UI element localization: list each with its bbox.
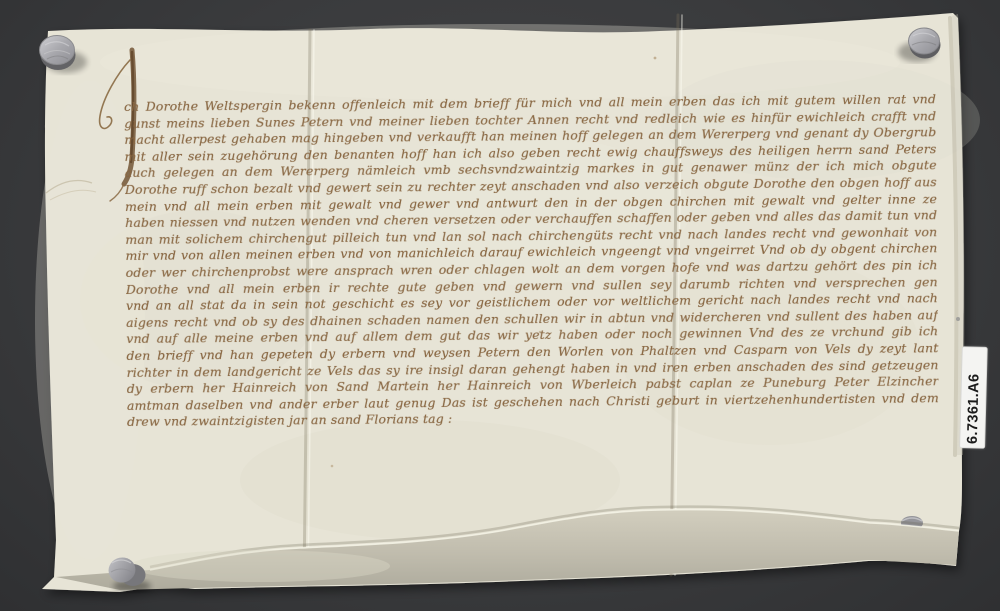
background-speck	[956, 317, 960, 321]
archive-label: 6.7361.A6	[960, 347, 988, 449]
manuscript-text: ch Dorothe Weltspergin bekenn offenleich…	[124, 91, 939, 431]
archive-label-text: 6.7361.A6	[965, 373, 983, 444]
photo-of-charter: 6.7361.A6 ch Dorothe Weltspergin bekenn …	[0, 0, 1000, 611]
